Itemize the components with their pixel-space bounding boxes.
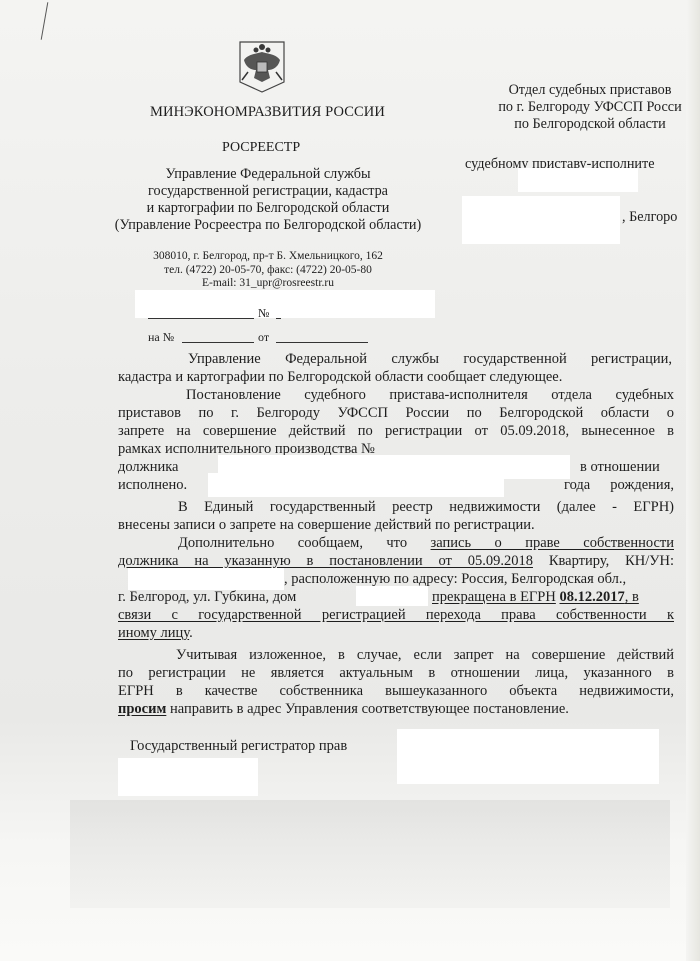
body-text: . <box>189 625 193 641</box>
body-text: Квартиру, КН/УН: <box>549 553 674 569</box>
body-line: Учитывая изложенное, в случае, если запр… <box>176 646 674 664</box>
date-underline <box>148 318 254 319</box>
address-line: 308010, г. Белгород, пр-т Б. Хмельницког… <box>100 250 436 264</box>
redacted-name <box>118 758 258 796</box>
number-underline <box>276 318 281 319</box>
ministry-name: МИНЭКОНОМРАЗВИТИЯ РОССИИ <box>150 104 380 121</box>
body-line: связи с государственной регистрацией пер… <box>118 606 674 624</box>
redacted-signature <box>397 729 659 784</box>
recipient-block: Отдел судебных приставов по г. Белгороду… <box>470 82 700 133</box>
department-line: Управление Федеральной службы <box>100 166 436 183</box>
agency-name: РОСРЕЕСТР <box>222 140 300 156</box>
contact-block: 308010, г. Белгород, пр-т Б. Хмельницког… <box>100 250 436 291</box>
reply-from-label: от <box>258 330 269 345</box>
underlined-text: должника на указанную в постановлении от… <box>118 553 533 569</box>
underlined-text: иному лицу <box>118 625 189 641</box>
department-block: Управление Федеральной службы государств… <box>100 166 436 234</box>
body-line: в отношении <box>580 458 680 476</box>
redacted-area <box>518 168 638 192</box>
recipient-line: Отдел судебных приставов <box>470 82 700 99</box>
body-line: Управление Федеральной службы государств… <box>188 350 672 368</box>
body-line: , расположенную по адресу: Россия, Белго… <box>284 570 674 588</box>
body-line: Дополнительно сообщаем, что запись о пра… <box>178 534 674 552</box>
underlined-text: прекращена в ЕГРН <box>432 589 556 605</box>
scan-shadow <box>70 800 670 908</box>
emphasized-text: просим <box>118 701 166 717</box>
recipient-line: по Белгородской области <box>470 116 700 133</box>
reply-number-underline <box>182 342 254 343</box>
redacted-area <box>128 568 284 590</box>
department-line: государственной регистрации, кадастра <box>100 183 436 200</box>
department-line: (Управление Росреестра по Белгородской о… <box>100 217 436 234</box>
body-line: иному лицу. <box>118 624 674 642</box>
body-line: прекращена в ЕГРН 08.12.2017, в <box>432 588 674 606</box>
scan-artifact-line <box>41 2 49 40</box>
department-line: и картографии по Белгородской области <box>100 200 436 217</box>
redacted-area <box>356 586 428 606</box>
body-line: кадастра и картографии по Белгородской о… <box>118 368 674 386</box>
body-line: г. Белгород, ул. Губкина, дом <box>118 588 358 606</box>
recipient-city: , Белгоро <box>622 209 677 226</box>
redacted-area <box>462 196 620 244</box>
termination-date: 08.12.2017 <box>559 589 624 605</box>
body-line: года рождения, <box>564 476 674 494</box>
body-line: исполнено. <box>118 476 218 494</box>
phone-line: тел. (4722) 20-05-70, факс: (4722) 20-05… <box>100 264 436 278</box>
body-line: просим направить в адрес Управления соот… <box>118 700 674 718</box>
signer-title: Государственный регистратор прав <box>130 738 347 755</box>
body-line: внесены записи о запрете на совершение д… <box>118 516 674 534</box>
body-text: Дополнительно сообщаем, что <box>178 535 407 551</box>
coat-of-arms-icon <box>236 40 288 94</box>
recipient-line: по г. Белгороду УФССП Росси <box>470 99 700 116</box>
reply-number-label: на № <box>148 330 174 345</box>
reply-date-underline <box>276 342 368 343</box>
body-line: должника <box>118 458 218 476</box>
body-line: ЕГРН в качестве собственника вышеуказанн… <box>118 682 674 700</box>
redacted-area <box>208 473 504 497</box>
underlined-text: , в <box>625 589 639 605</box>
underlined-text: запись о праве собственности <box>431 535 674 551</box>
body-line: запрете на совершение действий по регист… <box>118 422 674 440</box>
body-line: В Единый государственный реестр недвижим… <box>178 498 674 516</box>
document-page: МИНЭКОНОМРАЗВИТИЯ РОССИИ РОСРЕЕСТР Управ… <box>0 0 700 961</box>
body-line: по регистрации не является актуальным в … <box>118 664 674 682</box>
number-label: № <box>258 306 269 321</box>
body-text: направить в адрес Управления соответству… <box>166 701 569 717</box>
redacted-area <box>135 290 435 318</box>
body-line: приставов по г. Белгороду УФССП России п… <box>118 404 674 422</box>
email-line: E-mail: 31_upr@rosreestr.ru <box>100 277 436 291</box>
scan-edge <box>686 0 700 961</box>
body-line: Постановление судебного пристава-исполни… <box>186 386 674 404</box>
